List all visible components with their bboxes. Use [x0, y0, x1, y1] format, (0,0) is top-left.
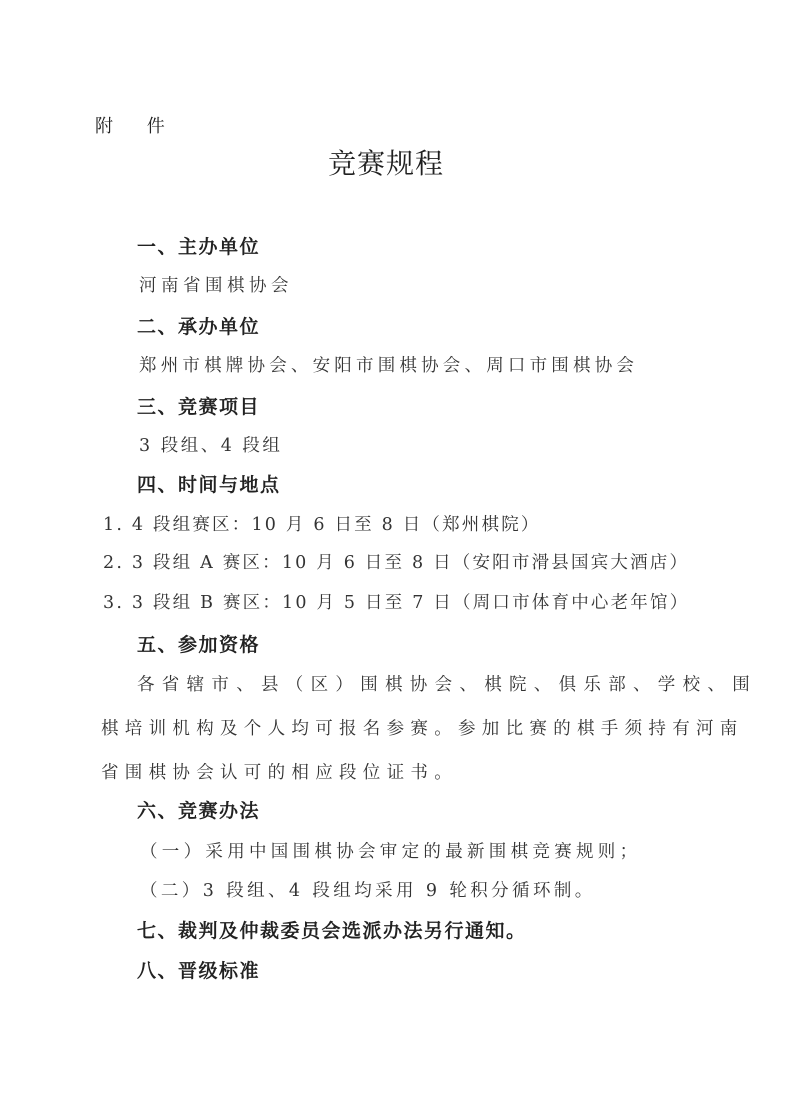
attachment-label: 附 件 — [95, 112, 179, 138]
venue-item-2: 2. 3 段组 A 赛区：10 月 6 日至 8 日（安阳市滑县国宾大酒店） — [103, 549, 689, 574]
section-body-events: 3 段组、4 段组 — [139, 432, 282, 457]
section-heading-eligibility: 五、参加资格 — [137, 630, 260, 657]
section-heading-method: 六、竞赛办法 — [137, 796, 260, 823]
section-body-organizer: 河南省围棋协会 — [139, 272, 293, 297]
section-heading-promotion: 八、晋级标准 — [137, 956, 260, 983]
eligibility-line-3: 省围棋协会认可的相应段位证书。 — [101, 759, 458, 784]
method-item-2: （二）3 段组、4 段组均采用 9 轮积分循环制。 — [140, 877, 596, 902]
section-heading-organizer: 一、主办单位 — [137, 232, 260, 259]
section-heading-co-organizer: 二、承办单位 — [137, 312, 260, 339]
section-body-co-organizer: 郑州市棋牌协会、安阳市围棋协会、周口市围棋协会 — [139, 352, 638, 377]
eligibility-line-1: 各省辖市、县（区）围棋协会、棋院、俱乐部、学校、围 — [137, 671, 757, 696]
venue-item-3: 3. 3 段组 B 赛区：10 月 5 日至 7 日（周口市体育中心老年馆） — [103, 589, 689, 614]
document-title: 竞赛规程 — [328, 142, 444, 182]
section-heading-time-venue: 四、时间与地点 — [137, 470, 281, 497]
section-heading-referees: 七、裁判及仲裁委员会选派办法另行通知。 — [137, 916, 527, 943]
document-page: 附 件 竞赛规程 一、主办单位 河南省围棋协会 二、承办单位 郑州市棋牌协会、安… — [0, 0, 788, 1114]
method-item-1: （一）采用中国围棋协会审定的最新围棋竞赛规则； — [140, 838, 641, 863]
venue-item-1: 1. 4 段组赛区：10 月 6 日至 8 日（郑州棋院） — [103, 511, 541, 536]
section-heading-events: 三、竞赛项目 — [137, 392, 260, 419]
eligibility-line-2: 棋培训机构及个人均可报名参赛。参加比赛的棋手须持有河南 — [101, 715, 744, 740]
